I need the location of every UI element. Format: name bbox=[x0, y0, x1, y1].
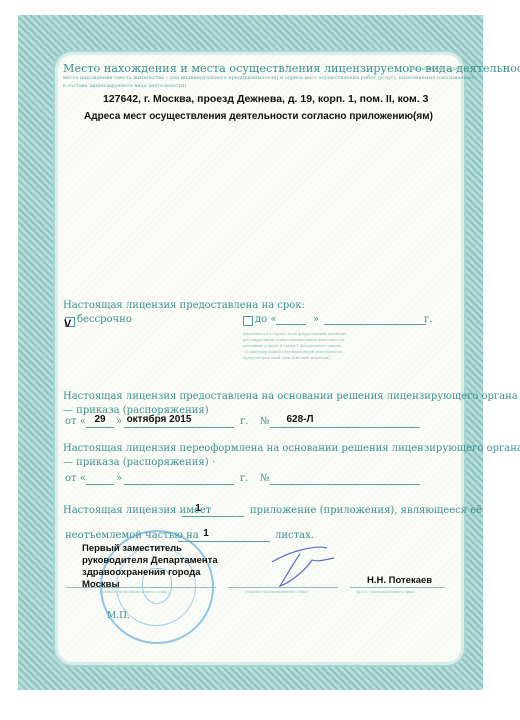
signature-line bbox=[228, 587, 338, 588]
reissue-number-label: № bbox=[260, 473, 269, 484]
address-note: в составе лицензируемого вида деятельнос… bbox=[63, 83, 186, 89]
signatory-position: Первый заместитель руководителя Департам… bbox=[82, 543, 218, 591]
reissue-heading: — приказа (распоряжения) · bbox=[63, 457, 215, 468]
basis-number: 628-Л bbox=[270, 414, 330, 425]
basis-day-line bbox=[86, 427, 114, 428]
until-quote: » bbox=[313, 314, 319, 325]
reissue-quote: » bbox=[116, 473, 122, 484]
basis-from-label: от « bbox=[65, 416, 86, 427]
basis-year-suffix: г. bbox=[240, 416, 248, 427]
appendix-count: 1 bbox=[182, 503, 214, 514]
seal-label: М.П. bbox=[107, 611, 130, 621]
until-year-suffix: г. bbox=[424, 314, 432, 325]
check-mark-icon: V bbox=[64, 318, 71, 330]
name-line bbox=[350, 587, 445, 588]
unlimited-label: бессрочно bbox=[77, 314, 132, 325]
basis-month-line bbox=[124, 427, 234, 428]
address-note: (указываются адрес bbox=[408, 66, 461, 72]
until-checkbox[interactable] bbox=[243, 316, 253, 326]
basis-quote: » bbox=[116, 416, 122, 427]
reissue-day-line bbox=[86, 484, 114, 485]
until-month-line bbox=[324, 324, 426, 325]
address-value: 127642, г. Москва, проезд Дежнева, д. 19… bbox=[103, 93, 428, 105]
signature-caption: (подпись уполномоченного лица) bbox=[245, 589, 309, 595]
signature-icon bbox=[262, 540, 342, 590]
reissue-heading: Настоящая лицензия переоформлена на осно… bbox=[63, 443, 520, 454]
reissue-year-suffix: г. bbox=[240, 473, 248, 484]
reissue-from-label: от « bbox=[65, 473, 86, 484]
term-heading: Настоящая лицензия предоставлена на срок… bbox=[63, 300, 305, 311]
position-caption: (должность уполномоченного лица) bbox=[100, 589, 169, 595]
signatory-name: Н.Н. Потекаев bbox=[367, 575, 432, 586]
reissue-month-line bbox=[124, 484, 234, 485]
basis-number-label: № bbox=[260, 416, 269, 427]
fine-print: предусмотрен иной срок действия лицензии… bbox=[243, 355, 330, 361]
reissue-number-line bbox=[270, 484, 420, 485]
until-label: до « bbox=[255, 314, 276, 325]
basis-day: 29 bbox=[86, 414, 114, 425]
basis-month-year: октября 2015 bbox=[124, 414, 194, 425]
addresses-note: Адреса мест осуществления деятельности с… bbox=[84, 111, 433, 122]
appendix-suffix: приложение (приложения), являющееся её bbox=[250, 505, 482, 516]
until-day-line bbox=[276, 324, 306, 325]
basis-heading: Настоящая лицензия предоставлена на осно… bbox=[63, 391, 518, 402]
appendix-count-line bbox=[182, 516, 244, 517]
position-line bbox=[66, 587, 216, 588]
name-caption: (ф.и.о. уполномоченного лица) bbox=[356, 589, 415, 595]
basis-number-line bbox=[270, 427, 420, 428]
address-note: места нахождения (места жительства – для… bbox=[63, 75, 476, 81]
